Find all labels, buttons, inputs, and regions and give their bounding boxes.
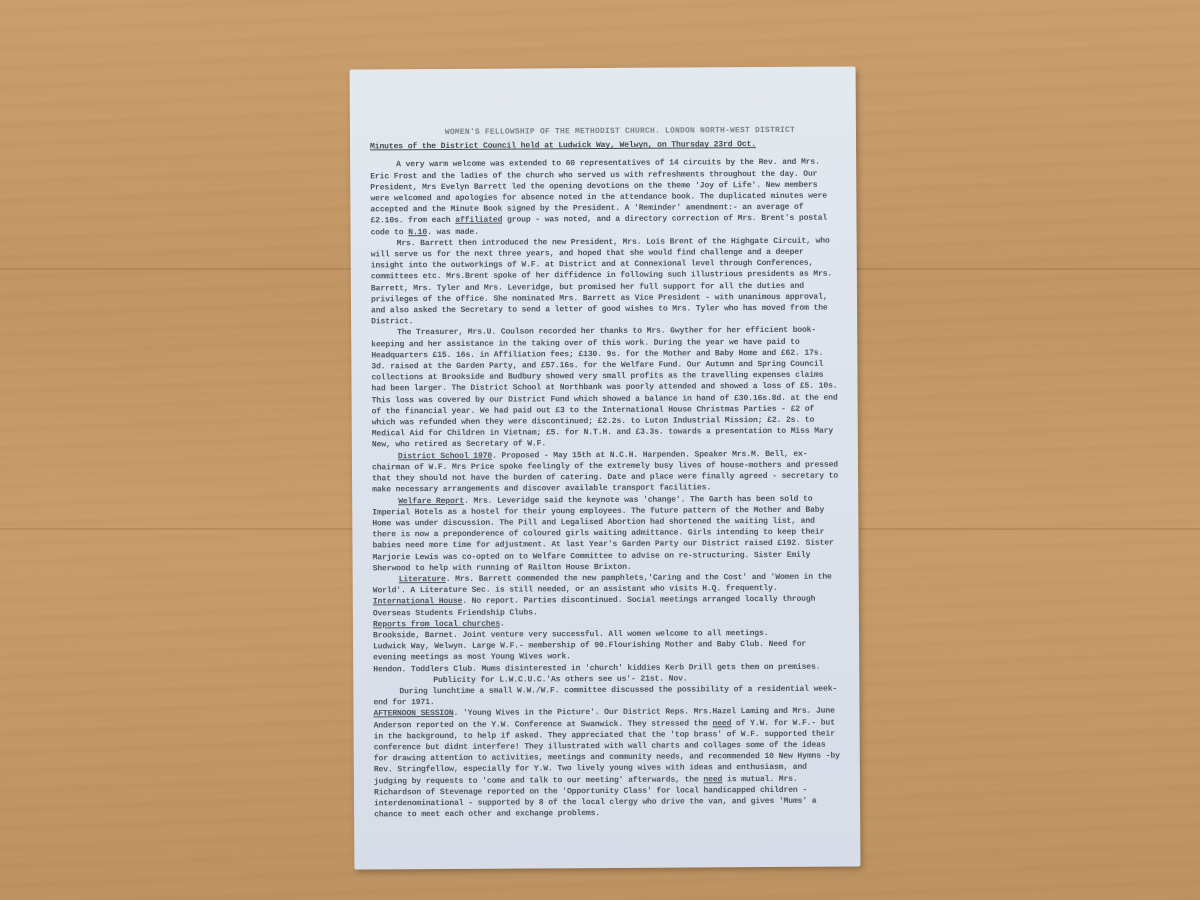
section-heading: Literature: [399, 575, 446, 584]
paragraph-welcome: A very warm welcome was extended to 60 r…: [370, 157, 840, 238]
report-item: Ludwick Way, Welwyn. Large W.F.- members…: [373, 639, 843, 664]
section-heading: International House: [373, 597, 462, 607]
section-heading: District School 1970: [398, 451, 492, 461]
typed-minutes-sheet: WOMEN'S FELLOWSHIP OF THE METHODIST CHUR…: [350, 66, 861, 869]
paragraph-treasurer: The Treasurer, Mrs.U. Coulson recorded h…: [371, 325, 842, 451]
paragraph-lunch: During lunchtime a small W.W./W.F. commi…: [373, 684, 843, 709]
section-heading: AFTERNOON SESSION: [373, 709, 453, 718]
paragraph-president: Mrs. Barrett then introduced the new Pre…: [371, 235, 842, 327]
section-heading: Welfare Report: [398, 496, 464, 505]
paragraph-district-school: District School 1970. Proposed - May 15t…: [372, 448, 842, 496]
letterhead: WOMEN'S FELLOWSHIP OF THE METHODIST CHUR…: [400, 125, 840, 139]
paragraph-welfare: Welfare Report. Mrs. Leveridge said the …: [372, 493, 842, 574]
paragraph-literature: Literature. Mrs. Barrett commended the n…: [373, 571, 843, 619]
minutes-title: Minutes of the District Council held at …: [370, 139, 840, 153]
report-item: Hendon. Toddlers Club. Mums disintereste…: [373, 661, 843, 686]
paragraph-afternoon: AFTERNOON SESSION. 'Young Wives in the P…: [373, 706, 844, 821]
document-body: WOMEN'S FELLOWSHIP OF THE METHODIST CHUR…: [370, 125, 844, 821]
